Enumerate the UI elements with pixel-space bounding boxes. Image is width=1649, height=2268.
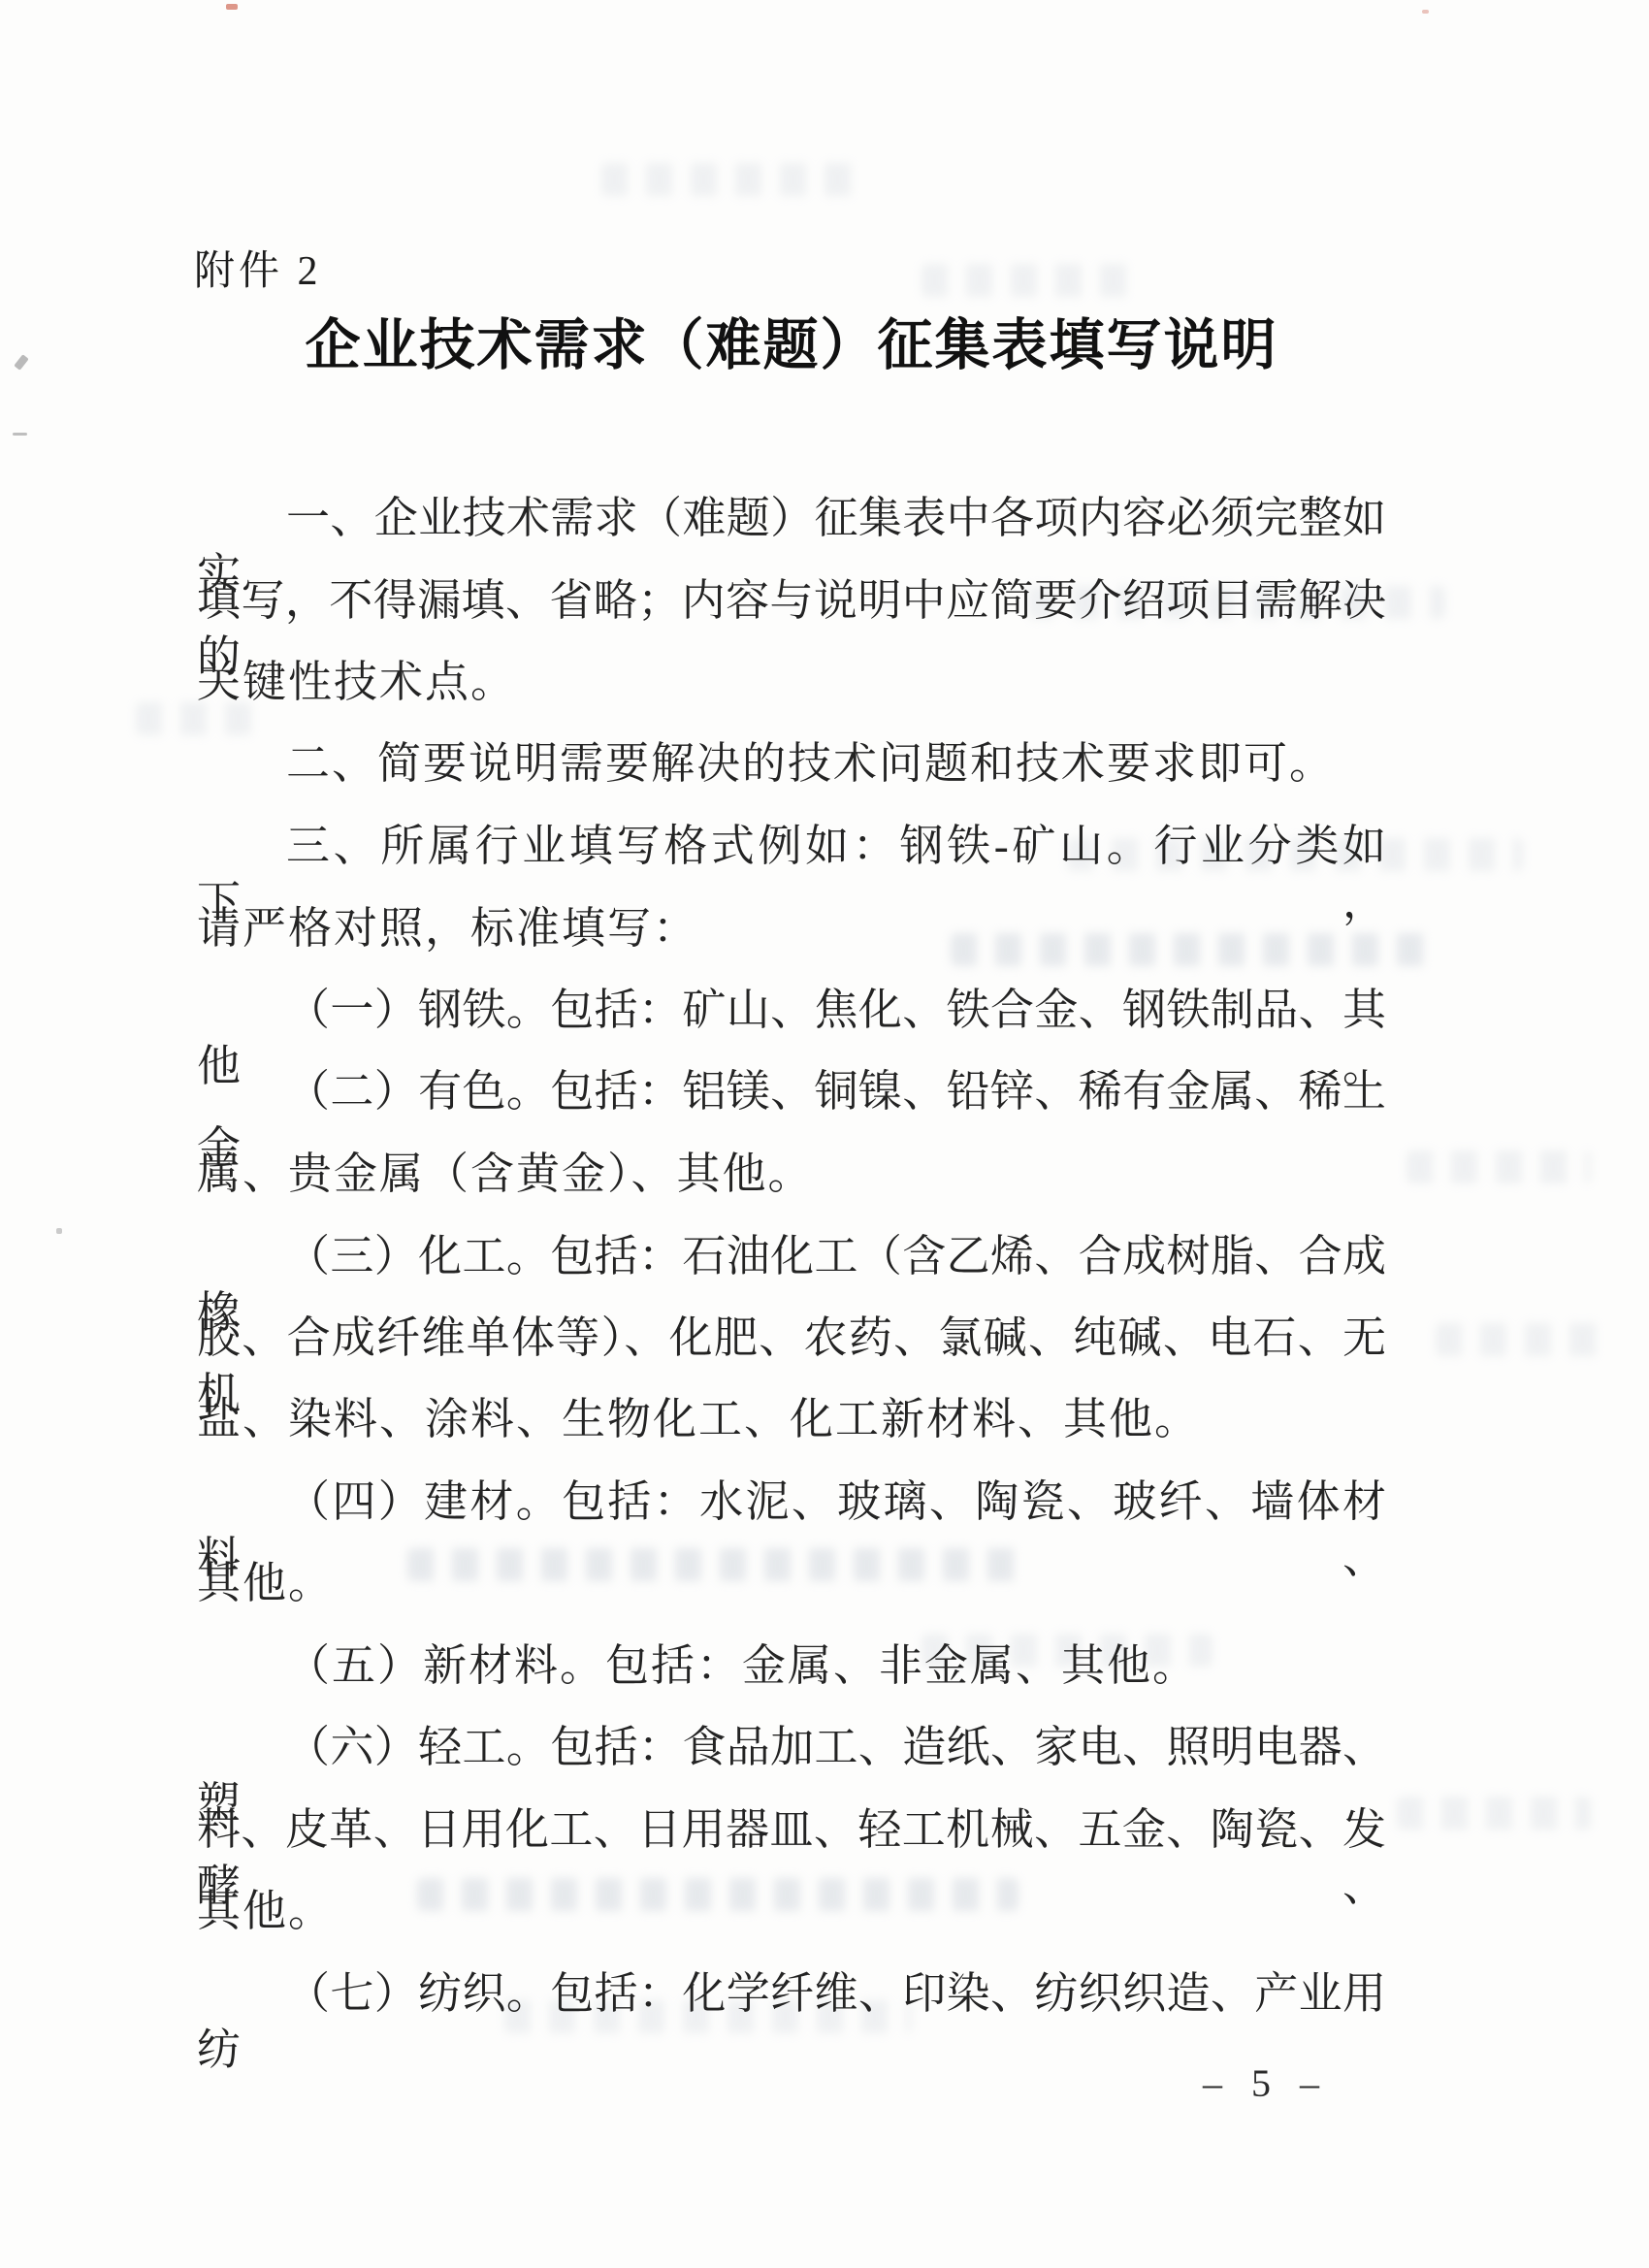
- doc-line: 其他。: [197, 1555, 1386, 1611]
- doc-line: （一）钢铁。包括：矿山、焦化、铁合金、钢铁制品、其他。: [197, 982, 1386, 1038]
- page-number: – 5 –: [1203, 2060, 1329, 2106]
- doc-line: （二）有色。包括：铝镁、铜镍、铅锌、稀有金属、稀土金: [197, 1063, 1386, 1119]
- doc-line: 关键性技术点。: [197, 654, 1386, 710]
- doc-line: 属、贵金属（含黄金）、其他。: [197, 1146, 1386, 1202]
- document-page: 附件 2 企业技术需求（难题）征集表填写说明 一、企业技术需求（难题）征集表中各…: [0, 0, 1649, 2268]
- bleed-through-artifact: [1406, 1150, 1591, 1183]
- doc-line: 料、皮革、日用化工、日用器皿、轻工机械、五金、陶瓷、发酵、: [197, 1801, 1386, 1858]
- doc-line: （四）建材。包括：水泥、玻璃、陶瓷、玻纤、墙体材料、: [197, 1474, 1386, 1530]
- doc-line: 一、企业技术需求（难题）征集表中各项内容必须完整如实: [197, 490, 1386, 546]
- bleed-through-artifact: [601, 163, 854, 196]
- doc-line: 填写，不得漏填、省略；内容与说明中应简要介绍项目需解决的: [197, 572, 1386, 629]
- scan-speck: [13, 433, 27, 436]
- bleed-through-artifact: [1397, 1797, 1591, 1830]
- doc-line: 胶、合成纤维单体等）、化肥、农药、氯碱、纯碱、电石、无机: [197, 1310, 1386, 1366]
- page-title: 企业技术需求（难题）征集表填写说明: [197, 301, 1386, 380]
- red-mark: [226, 4, 238, 10]
- doc-line: 盐、染料、涂料、生物化工、化工新材料、其他。: [197, 1391, 1386, 1447]
- doc-line: 二、简要说明需要解决的技术问题和技术要求即可。: [197, 735, 1386, 792]
- scan-speck: [56, 1228, 62, 1234]
- doc-line: 三、所属行业填写格式例如：钢铁-矿山。行业分类如下，: [197, 818, 1386, 874]
- doc-line: 其他。: [197, 1883, 1386, 1939]
- red-mark: [1422, 10, 1429, 14]
- bleed-through-artifact: [1436, 1323, 1600, 1356]
- scan-speck: [14, 354, 29, 371]
- doc-line: （三）化工。包括：石油化工（含乙烯、合成树脂、合成橡: [197, 1228, 1386, 1284]
- doc-line: （七）纺织。包括：化学纤维、印染、纺织织造、产业用纺: [197, 1965, 1386, 2022]
- bleed-through-artifact: [921, 264, 1135, 297]
- attachment-label: 附件 2: [194, 239, 322, 297]
- doc-line: （六）轻工。包括：食品加工、造纸、家电、照明电器、塑: [197, 1719, 1386, 1775]
- doc-line: （五）新材料。包括：金属、非金属、其他。: [197, 1637, 1386, 1694]
- doc-line: 请严格对照，标准填写：: [197, 900, 1386, 956]
